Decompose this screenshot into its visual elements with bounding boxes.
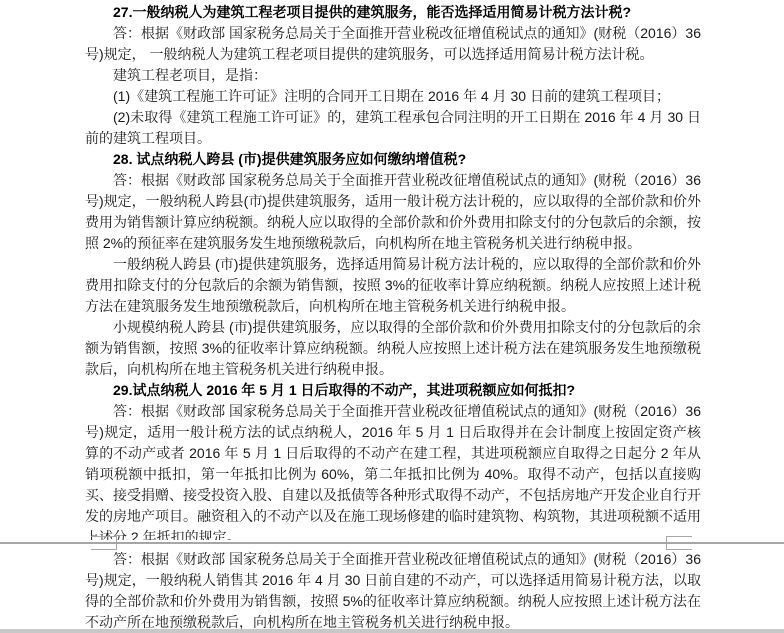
question-heading-29: 29.试点纳税人 2016 年 5 月 1 日后取得的不动产，其进项税额应如何抵… bbox=[85, 380, 701, 401]
answer-list-item: (1)《建筑工程施工许可证》注明的合同开工日期在 2016 年 4 月 30 日… bbox=[85, 86, 701, 107]
answer-paragraph: 答：根据《财政部 国家税务总局关于全面推开营业税改征增值税试点的通知》(财税（2… bbox=[85, 170, 701, 254]
answer-paragraph: 小规模纳税人跨县 (市)提供建筑服务，应以取得的全部价款和价外费用扣除支付的分包… bbox=[85, 317, 701, 380]
text-boundary-mark-left bbox=[91, 536, 117, 550]
answer-paragraph: 答：根据《财政部 国家税务总局关于全面推开营业税改征增值税试点的通知》(财税（2… bbox=[85, 549, 701, 629]
window-edge-strip bbox=[0, 629, 784, 633]
answer-paragraph: 建筑工程老项目，是指： bbox=[85, 65, 701, 86]
answer-paragraph: 一般纳税人跨县 (市)提供建筑服务，选择适用简易计税方法计税的，应以取得的全部价… bbox=[85, 254, 701, 317]
answer-paragraph: 答：根据《财政部 国家税务总局关于全面推开营业税改征增值税试点的通知》(财税（2… bbox=[85, 23, 701, 65]
question-heading-28: 28. 试点纳税人跨县 (市)提供建筑服务应如何缴纳增值税? bbox=[85, 149, 701, 170]
answer-list-item: (2)未取得《建筑工程施工许可证》的，建筑工程承包合同注明的开工日期在 2016… bbox=[85, 107, 701, 149]
question-heading-27: 27.一般纳税人为建筑工程老项目提供的建筑服务，能否选择适用简易计税方法计税? bbox=[85, 2, 701, 23]
answer-paragraph: 答：根据《财政部 国家税务总局关于全面推开营业税改征增值税试点的通知》(财税（2… bbox=[85, 401, 701, 540]
text-boundary-mark-right bbox=[666, 536, 692, 550]
document-page: 27.一般纳税人为建筑工程老项目提供的建筑服务，能否选择适用简易计税方法计税? … bbox=[0, 0, 784, 633]
page-one-text-area: 27.一般纳税人为建筑工程老项目提供的建筑服务，能否选择适用简易计税方法计税? … bbox=[85, 2, 701, 540]
page-two-text-area: 答：根据《财政部 国家税务总局关于全面推开营业税改征增值税试点的通知》(财税（2… bbox=[85, 549, 701, 629]
